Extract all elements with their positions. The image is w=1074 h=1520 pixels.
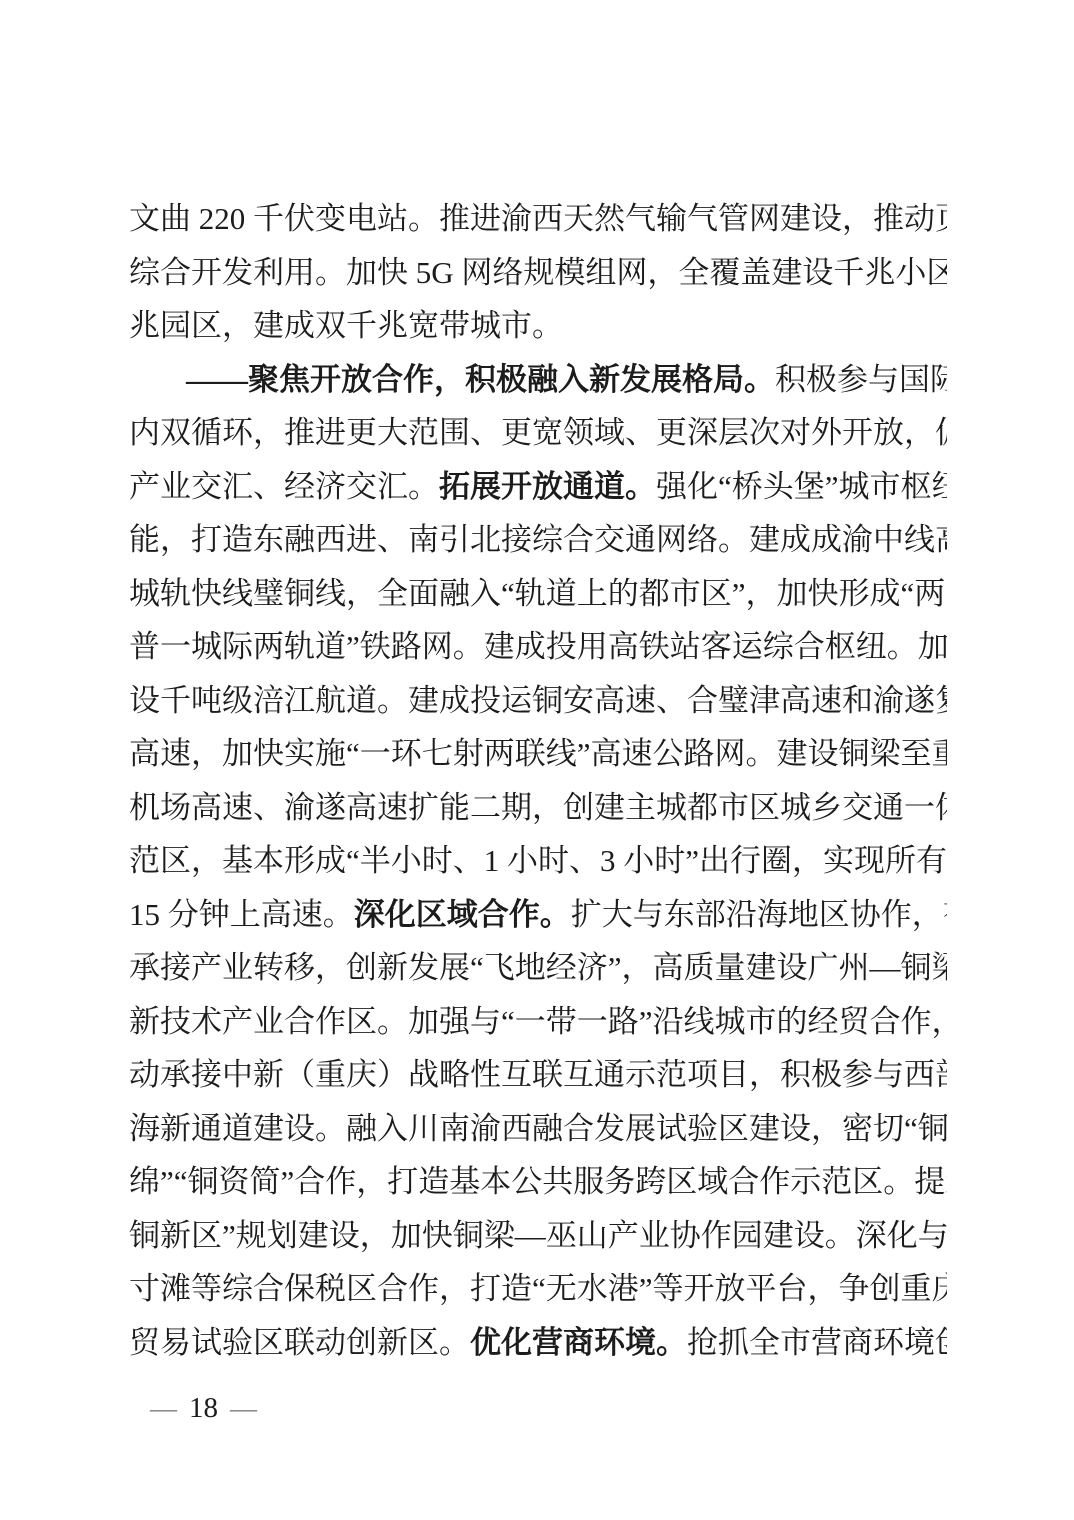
text-line: 城轨快线璧铜线，全面融入“轨道上的都市区”，加快形成“两高两: [129, 567, 947, 621]
text-segment: 寸滩等综合保税区合作，打造“无水港”等开放平台，争创重庆自由: [129, 1271, 947, 1306]
text-line: 综合开发利用。加快 5G 网络规模组网，全覆盖建设千兆小区、千: [129, 246, 947, 300]
text-line: 高速，加快实施“一环七射两联线”高速公路网。建设铜梁至重庆新: [129, 727, 947, 781]
text-segment: 能，打造东融西进、南引北接综合交通网络。建成成渝中线高铁、: [129, 522, 947, 557]
text-segment: 承接产业转移，创新发展“飞地经济”，高质量建设广州—铜梁高: [129, 950, 947, 985]
text-line: 铜新区”规划建设，加快铜梁—巫山产业协作园建设。深化与西永、: [129, 1209, 947, 1263]
text-line: 寸滩等综合保税区合作，打造“无水港”等开放平台，争创重庆自由: [129, 1262, 947, 1316]
text-line: 15 分钟上高速。深化区域合作。扩大与东部沿海地区协作，有效: [129, 888, 947, 942]
text-line: 兆园区，建成双千兆宽带城市。: [129, 299, 947, 353]
text-line: ——聚焦开放合作，积极融入新发展格局。积极参与国际国: [129, 353, 947, 407]
footer-left-dash: —: [150, 1390, 177, 1426]
text-line: 范区，基本形成“半小时、1 小时、3 小时”出行圈，实现所有镇街: [129, 834, 947, 888]
text-segment: 绵”“铜资简”合作，打造基本公共服务跨区域合作示范区。提速“大: [129, 1164, 947, 1199]
text-segment: 范区，基本形成“半小时、1 小时、3 小时”出行圈，实现所有镇街: [129, 843, 947, 878]
text-segment: 积极参与国际国: [775, 362, 947, 397]
text-line: 承接产业转移，创新发展“飞地经济”，高质量建设广州—铜梁高: [129, 941, 947, 995]
text-line: 机场高速、渝遂高速扩能二期，创建主城都市区城乡交通一体化示: [129, 781, 947, 835]
text-line: 海新通道建设。融入川南渝西融合发展试验区建设，密切“铜遂: [129, 1102, 947, 1156]
text-line: 文曲 220 千伏变电站。推进渝西天然气输气管网建设，推动页岩气: [129, 192, 947, 246]
text-segment: 15 分钟上高速。: [129, 897, 354, 932]
text-segment: 抢抓全市营商环境创新试: [687, 1325, 947, 1360]
bold-heading-segment: 拓展开放通道。: [439, 469, 656, 504]
text-segment: 新技术产业合作区。加强与“一带一路”沿线城市的经贸合作，主: [129, 1004, 947, 1039]
text-segment: 设千吨级涪江航道。建成投运铜安高速、合璧津高速和渝遂复线: [129, 683, 947, 718]
text-segment: 扩大与东部沿海地区协作，有效: [571, 897, 947, 932]
bold-heading-segment: 优化营商环境。: [470, 1325, 687, 1360]
text-segment: 兆园区，建成双千兆宽带城市。: [129, 308, 563, 343]
text-segment: 内双循环，推进更大范围、更宽领域、更深层次对外开放，促进: [129, 415, 947, 450]
text-line: 普一城际两轨道”铁路网。建成投用高铁站客运综合枢纽。加快建: [129, 620, 947, 674]
text-segment: 铜新区”规划建设，加快铜梁—巫山产业协作园建设。深化与西永、: [129, 1218, 947, 1253]
text-line: 新技术产业合作区。加强与“一带一路”沿线城市的经贸合作，主: [129, 995, 947, 1049]
text-segment: 强化“桥头堡”城市枢纽功: [656, 469, 947, 504]
page-number: 18: [189, 1390, 218, 1426]
text-segment: 产业交汇、经济交汇。: [129, 469, 439, 504]
text-line: 贸易试验区联动创新区。优化营商环境。抢抓全市营商环境创新试: [129, 1316, 947, 1370]
page-footer: — 18 —: [150, 1390, 257, 1426]
bold-heading-segment: ——聚焦开放合作，积极融入新发展格局。: [186, 362, 775, 397]
text-line: 绵”“铜资简”合作，打造基本公共服务跨区域合作示范区。提速“大: [129, 1155, 947, 1209]
text-segment: 城轨快线璧铜线，全面融入“轨道上的都市区”，加快形成“两高两: [129, 576, 947, 611]
text-segment: 普一城际两轨道”铁路网。建成投用高铁站客运综合枢纽。加快建: [129, 629, 947, 664]
text-segment: 海新通道建设。融入川南渝西融合发展试验区建设，密切“铜遂: [129, 1111, 947, 1146]
text-line: 能，打造东融西进、南引北接综合交通网络。建成成渝中线高铁、: [129, 513, 947, 567]
text-segment: 文曲 220 千伏变电站。推进渝西天然气输气管网建设，推动页岩气: [129, 201, 947, 236]
footer-right-dash: —: [230, 1390, 257, 1426]
text-segment: 动承接中新（重庆）战略性互联互通示范项目，积极参与西部陆: [129, 1057, 947, 1092]
text-line: 设千吨级涪江航道。建成投运铜安高速、合璧津高速和渝遂复线: [129, 674, 947, 728]
text-line: 产业交汇、经济交汇。拓展开放通道。强化“桥头堡”城市枢纽功: [129, 460, 947, 514]
text-segment: 贸易试验区联动创新区。: [129, 1325, 470, 1360]
text-line: 内双循环，推进更大范围、更宽领域、更深层次对外开放，促进: [129, 406, 947, 460]
text-segment: 综合开发利用。加快 5G 网络规模组网，全覆盖建设千兆小区、千: [129, 255, 947, 290]
text-line: 动承接中新（重庆）战略性互联互通示范项目，积极参与西部陆: [129, 1048, 947, 1102]
text-segment: 高速，加快实施“一环七射两联线”高速公路网。建设铜梁至重庆新: [129, 736, 947, 771]
bold-heading-segment: 深化区域合作。: [354, 897, 571, 932]
body-text-block: 文曲 220 千伏变电站。推进渝西天然气输气管网建设，推动页岩气综合开发利用。加…: [129, 192, 947, 1369]
document-page: 文曲 220 千伏变电站。推进渝西天然气输气管网建设，推动页岩气综合开发利用。加…: [0, 0, 1074, 1520]
text-segment: 机场高速、渝遂高速扩能二期，创建主城都市区城乡交通一体化示: [129, 790, 947, 825]
